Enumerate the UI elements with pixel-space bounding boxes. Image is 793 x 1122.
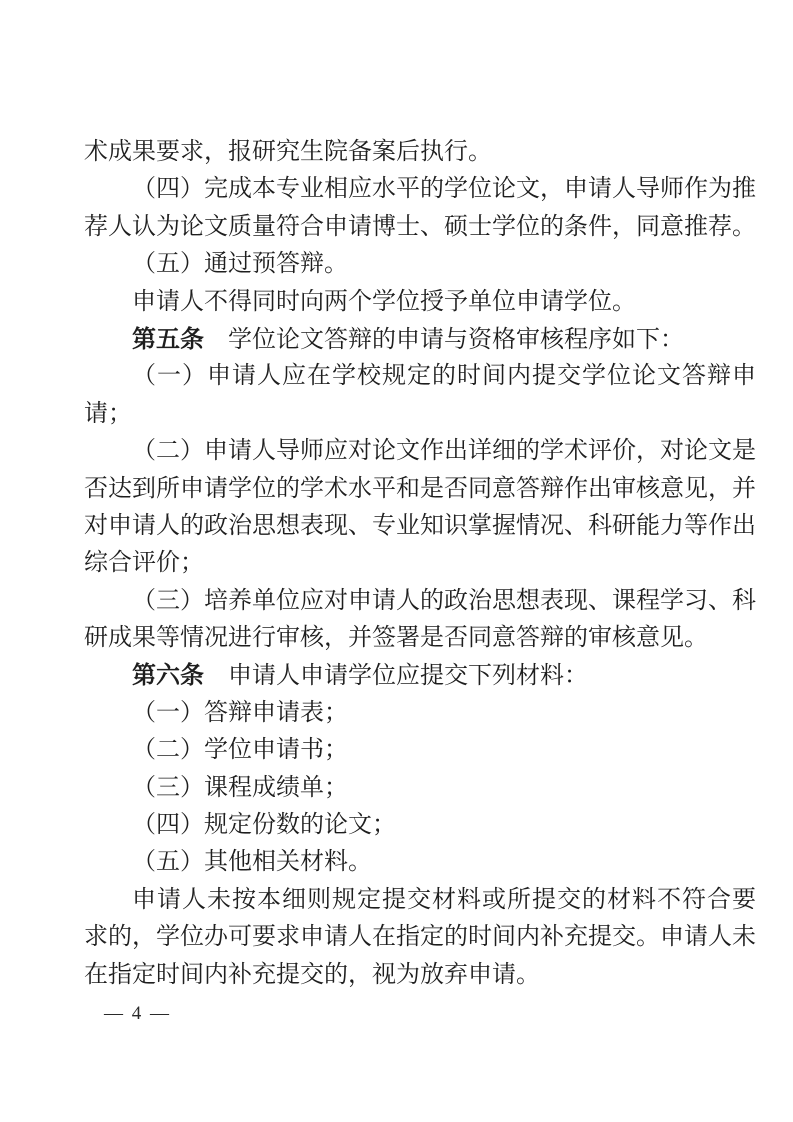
line-text: 请；	[84, 401, 132, 427]
line-text: 申请人申请学位应提交下列材料：	[204, 663, 588, 689]
text-line: （三）课程成绩单；	[84, 770, 756, 807]
line-text: （二）学位申请书；	[132, 737, 348, 763]
line-text: （三）培养单位应对申请人的政治思想表现、课程学习、科	[132, 588, 756, 614]
line-text: 否达到所申请学位的学术水平和是否同意答辩作出审核意见，并	[84, 476, 756, 502]
line-text: （一）答辩申请表；	[132, 700, 348, 726]
text-line: 求的，学位办可要求申请人在指定的时间内补充提交。申请人未	[84, 919, 756, 956]
text-line: （二）学位申请书；	[84, 732, 756, 769]
page-number: — 4 —	[104, 1001, 171, 1027]
line-text: 术成果要求，报研究生院备案后执行。	[84, 139, 492, 165]
document-body: 术成果要求，报研究生院备案后执行。（四）完成本专业相应水平的学位论文，申请人导师…	[84, 134, 756, 994]
line-text: 对申请人的政治思想表现、专业知识掌握情况、科研能力等作出	[84, 513, 756, 539]
text-line: 第五条 学位论文答辩的申请与资格审核程序如下：	[84, 321, 756, 358]
text-line: （四）规定份数的论文；	[84, 807, 756, 844]
article-number: 第五条	[132, 326, 204, 353]
text-line: 申请人未按本细则规定提交材料或所提交的材料不符合要	[84, 882, 756, 919]
line-text: （四）完成本专业相应水平的学位论文，申请人导师作为推	[132, 176, 756, 202]
text-line: （一）申请人应在学校规定的时间内提交学位论文答辩申	[84, 358, 756, 395]
line-text: 综合评价；	[84, 550, 204, 576]
line-text: 学位论文答辩的申请与资格审核程序如下：	[204, 327, 684, 353]
text-line: 综合评价；	[84, 545, 756, 582]
text-line: （三）培养单位应对申请人的政治思想表现、课程学习、科	[84, 583, 756, 620]
line-text: （四）规定份数的论文；	[132, 812, 396, 838]
text-line: 请；	[84, 396, 756, 433]
text-line: 在指定时间内补充提交的，视为放弃申请。	[84, 957, 756, 994]
article-number: 第六条	[132, 662, 204, 689]
text-line: 研成果等情况进行审核，并签署是否同意答辩的审核意见。	[84, 620, 756, 657]
line-text: 荐人认为论文质量符合申请博士、硕士学位的条件，同意推荐。	[84, 214, 756, 240]
text-line: （四）完成本专业相应水平的学位论文，申请人导师作为推	[84, 171, 756, 208]
text-line: 对申请人的政治思想表现、专业知识掌握情况、科研能力等作出	[84, 508, 756, 545]
text-line: 荐人认为论文质量符合申请博士、硕士学位的条件，同意推荐。	[84, 209, 756, 246]
line-text: （三）课程成绩单；	[132, 775, 348, 801]
text-line: 术成果要求，报研究生院备案后执行。	[84, 134, 756, 171]
text-line: 第六条 申请人申请学位应提交下列材料：	[84, 657, 756, 694]
line-text: （五）其他相关材料。	[132, 849, 372, 875]
line-text: 求的，学位办可要求申请人在指定的时间内补充提交。申请人未	[84, 924, 756, 950]
line-text: （五）通过预答辩。	[132, 251, 348, 277]
text-line: （五）通过预答辩。	[84, 246, 756, 283]
line-text: 申请人不得同时向两个学位授予单位申请学位。	[132, 289, 636, 315]
line-text: （二）申请人导师应对论文作出详细的学术评价，对论文是	[132, 438, 756, 464]
text-line: 申请人不得同时向两个学位授予单位申请学位。	[84, 284, 756, 321]
line-text: 在指定时间内补充提交的，视为放弃申请。	[84, 962, 540, 988]
text-line: （二）申请人导师应对论文作出详细的学术评价，对论文是	[84, 433, 756, 470]
text-line: （五）其他相关材料。	[84, 844, 756, 881]
text-line: 否达到所申请学位的学术水平和是否同意答辩作出审核意见，并	[84, 471, 756, 508]
line-text: （一）申请人应在学校规定的时间内提交学位论文答辩申	[132, 363, 756, 389]
line-text: 研成果等情况进行审核，并签署是否同意答辩的审核意见。	[84, 625, 708, 651]
line-text: 申请人未按本细则规定提交材料或所提交的材料不符合要	[132, 887, 756, 913]
text-line: （一）答辩申请表；	[84, 695, 756, 732]
document-page: 术成果要求，报研究生院备案后执行。（四）完成本专业相应水平的学位论文，申请人导师…	[0, 0, 793, 1122]
